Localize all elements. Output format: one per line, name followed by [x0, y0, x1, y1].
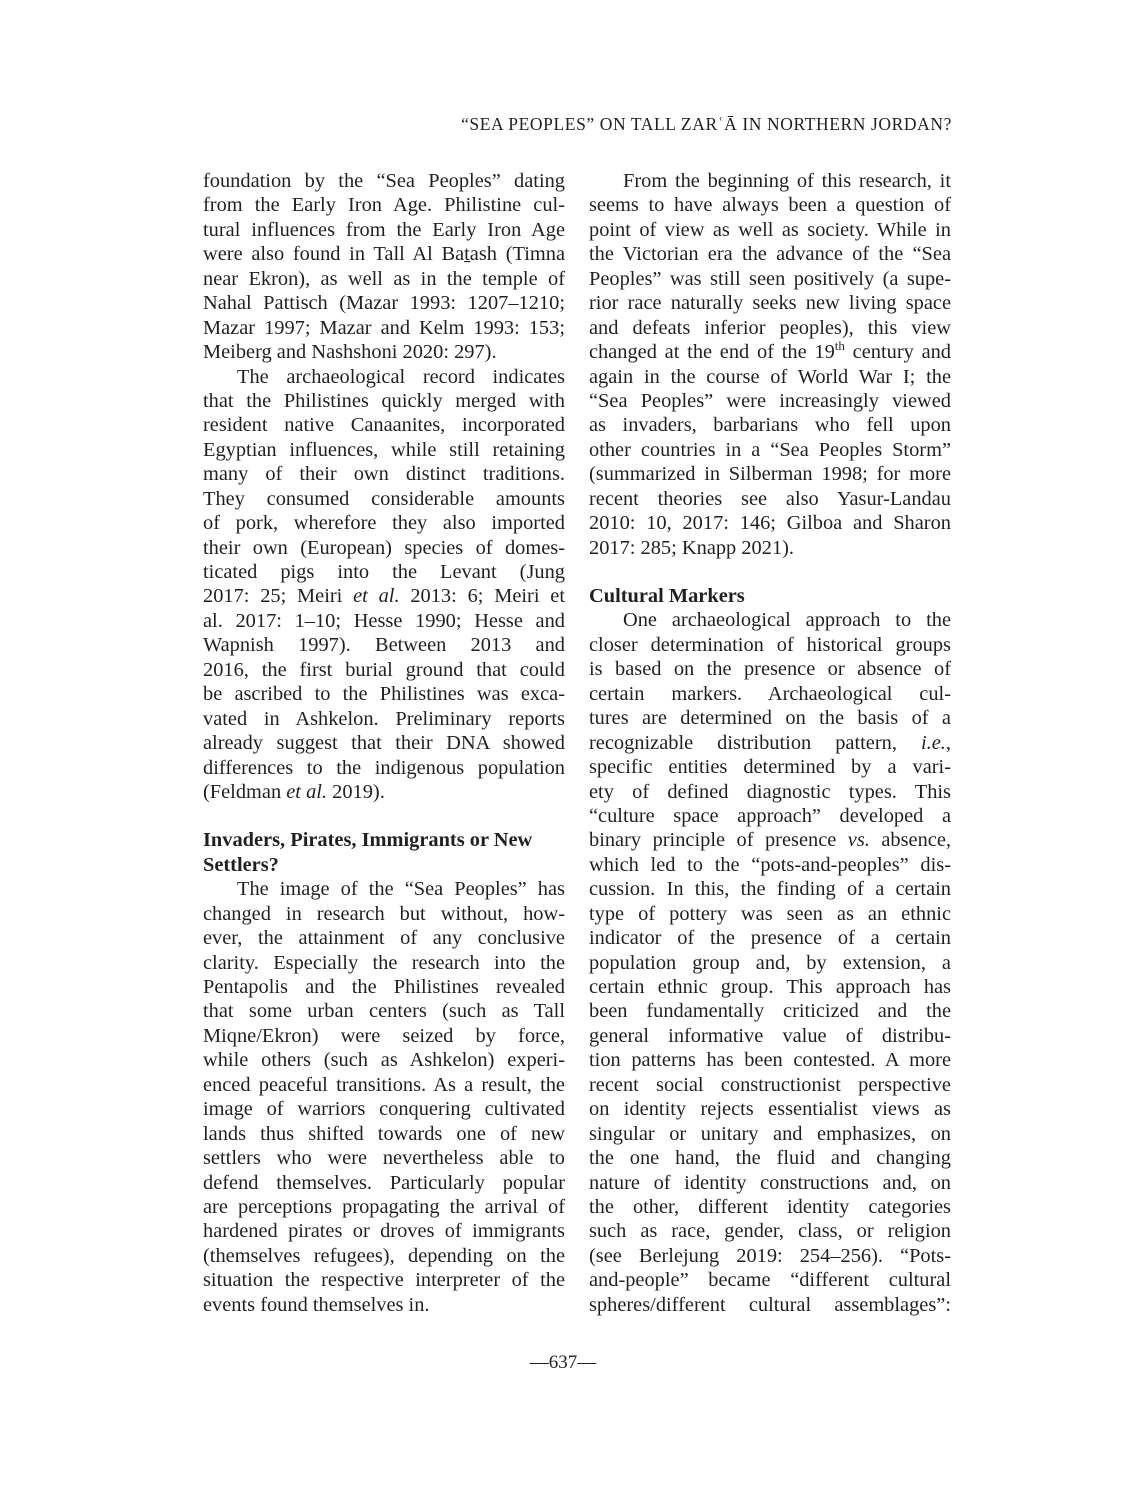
text-line: that the Philistines quickly merged with [203, 389, 565, 413]
text-span: (Feldman [203, 781, 286, 803]
text-line: hardened pirates or droves of immigrants [203, 1219, 565, 1243]
text-line: ever, the attainment of any conclusive [203, 926, 565, 950]
text-line: their own (European) species of domes- [203, 536, 565, 560]
text-line: ety of defined diagnostic types. This [589, 780, 951, 804]
text-line: on identity rejects essentialist views a… [589, 1097, 951, 1121]
italic-span: et al. [353, 585, 399, 607]
text-line: image of warriors conquering cultivated [203, 1097, 565, 1121]
text-span: , [946, 732, 951, 754]
italic-span: et al. [286, 781, 327, 803]
paragraph: From the beginning of this research, it … [589, 169, 951, 560]
section-heading: Cultural Markers [589, 584, 951, 608]
text-line: From the beginning of this research, it [589, 169, 951, 193]
text-line: “Sea Peoples” were increasingly viewed [589, 389, 951, 413]
text-span: recognizable distribution pattern, [589, 732, 921, 754]
spacer [589, 560, 951, 584]
text-line: 2010: 10, 2017: 146; Gilboa and Sharon [589, 511, 951, 535]
text-line: is based on the presence or absence of [589, 657, 951, 681]
paragraph: The archaeological record indicates that… [203, 365, 565, 805]
superscript: th [835, 338, 845, 353]
text-line: as invaders, barbarians who fell upon [589, 413, 951, 437]
paragraph: One archaeological approach to the close… [589, 608, 951, 1317]
text-span: 2017: 25; Meiri [203, 585, 353, 607]
italic-span: i.e. [921, 732, 946, 754]
heading-line: Settlers? [203, 853, 565, 877]
text-line: general informative value of distribu- [589, 1024, 951, 1048]
text-line: Pentapolis and the Philistines revealed [203, 975, 565, 999]
text-line: al. 2017: 1–10; Hesse 1990; Hesse and [203, 609, 565, 633]
section-heading: Invaders, Pirates, Immigrants or New Set… [203, 828, 565, 877]
text-line: (see Berlejung 2019: 254–256). “Pots- [589, 1244, 951, 1268]
spacer [203, 804, 565, 828]
text-line: nature of identity constructions and, on [589, 1171, 951, 1195]
text-line: population group and, by extension, a [589, 951, 951, 975]
text-line: closer determination of historical group… [589, 633, 951, 657]
text-line: binary principle of presence vs. absence… [589, 828, 951, 852]
text-line: 2016, the first burial ground that could [203, 658, 565, 682]
text-line: already suggest that their DNA showed [203, 731, 565, 755]
text-line: They consumed considerable amounts [203, 487, 565, 511]
text-line: Mazar 1997; Mazar and Kelm 1993: 153; [203, 316, 565, 340]
text-span: 2013: 6; Meiri et [400, 585, 565, 607]
page-number: —637— [0, 1352, 1126, 1374]
text-line: One archaeological approach to the [589, 608, 951, 632]
text-line: Nahal Pattisch (Mazar 1993: 1207–1210; [203, 291, 565, 315]
text-line: cussion. In this, the finding of a certa… [589, 877, 951, 901]
heading-line: Invaders, Pirates, Immigrants or New [203, 828, 565, 852]
text-line: (themselves refugees), depending on the [203, 1244, 565, 1268]
text-line: from the Early Iron Age. Philistine cul- [203, 193, 565, 217]
text-line: the other, different identity categories [589, 1195, 951, 1219]
text-line: other countries in a “Sea Peoples Storm” [589, 438, 951, 462]
text-line: which led to the “pots-and-peoples” dis- [589, 853, 951, 877]
text-line: indicator of the presence of a certain [589, 926, 951, 950]
text-line: certain ethnic group. This approach has [589, 975, 951, 999]
text-line: specific entities determined by a vari- [589, 755, 951, 779]
text-line: such as race, gender, class, or religion [589, 1219, 951, 1243]
text-line: Wapnish 1997). Between 2013 and [203, 633, 565, 657]
text-line: recent social constructionist perspectiv… [589, 1073, 951, 1097]
text-line: been fundamentally criticized and the [589, 999, 951, 1023]
text-line: clarity. Especially the research into th… [203, 951, 565, 975]
text-line: are perceptions propagating the arrival … [203, 1195, 565, 1219]
text-line: Meiberg and Nashshoni 2020: 297). [203, 340, 565, 364]
text-line: Miqne/Ekron) were seized by force, [203, 1024, 565, 1048]
text-line: again in the course of World War I; the [589, 365, 951, 389]
text-line: vated in Ashkelon. Preliminary reports [203, 707, 565, 731]
running-head: “SEA PEOPLES” ON TALL ZARʿĀ IN NORTHERN … [461, 114, 952, 135]
text-line: The archaeological record indicates [203, 365, 565, 389]
paragraph: The image of the “Sea Peoples” has chang… [203, 877, 565, 1317]
text-line: certain markers. Archaeological cul- [589, 682, 951, 706]
text-line: recent theories see also Yasur-Landau [589, 487, 951, 511]
text-line: ticated pigs into the Levant (Jung [203, 560, 565, 584]
text-line: “culture space approach” developed a [589, 804, 951, 828]
text-line: (summarized in Silberman 1998; for more [589, 462, 951, 486]
text-line: foundation by the “Sea Peoples” dating [203, 169, 565, 193]
text-line: seems to have always been a question of [589, 193, 951, 217]
text-line: resident native Canaanites, incorporated [203, 413, 565, 437]
text-line: while others (such as Ashkelon) experi- [203, 1048, 565, 1072]
text-line: point of view as well as society. While … [589, 218, 951, 242]
text-line: the one hand, the fluid and changing [589, 1146, 951, 1170]
text-line: 2017: 285; Knapp 2021). [589, 536, 951, 560]
text-line: Peoples” was still seen positively (a su… [589, 267, 951, 291]
text-line: events found themselves in. [203, 1293, 565, 1317]
text-line: lands thus shifted towards one of new [203, 1122, 565, 1146]
text-line: singular or unitary and emphasizes, on [589, 1122, 951, 1146]
text-line: differences to the indigenous population [203, 756, 565, 780]
text-line: Egyptian influences, while still retaini… [203, 438, 565, 462]
text-line: 2017: 25; Meiri et al. 2013: 6; Meiri et [203, 584, 565, 608]
text-span: changed at the end of the 19 [589, 341, 835, 363]
text-line: type of pottery was seen as an ethnic [589, 902, 951, 926]
text-line: defend themselves. Particularly popular [203, 1171, 565, 1195]
text-line: the Victorian era the advance of the “Se… [589, 242, 951, 266]
text-line: changed at the end of the 19th century a… [589, 340, 951, 364]
text-line: be ascribed to the Philistines was exca- [203, 682, 565, 706]
text-line: spheres/different cultural assemblages”: [589, 1293, 951, 1317]
text-line: tures are determined on the basis of a [589, 706, 951, 730]
paragraph: foundation by the “Sea Peoples” dating f… [203, 169, 565, 365]
text-line: were also found in Tall Al Baṯash (Timna [203, 242, 565, 266]
text-line: and defeats inferior peoples), this view [589, 316, 951, 340]
text-line: tural influences from the Early Iron Age [203, 218, 565, 242]
text-line: recognizable distribution pattern, i.e., [589, 731, 951, 755]
text-span: 2019). [327, 781, 385, 803]
text-line: (Feldman et al. 2019). [203, 780, 565, 804]
text-line: rior race naturally seeks new living spa… [589, 291, 951, 315]
text-line: changed in research but without, how- [203, 902, 565, 926]
text-span: century and [845, 341, 951, 363]
left-column: foundation by the “Sea Peoples” dating f… [203, 169, 565, 1317]
text-line: of pork, wherefore they also imported [203, 511, 565, 535]
text-line: near Ekron), as well as in the temple of [203, 267, 565, 291]
text-line: settlers who were nevertheless able to [203, 1146, 565, 1170]
italic-span: vs. [848, 829, 870, 851]
text-line: situation the respective interpreter of … [203, 1268, 565, 1292]
text-line: tion patterns has been contested. A more [589, 1048, 951, 1072]
text-line: The image of the “Sea Peoples” has [203, 877, 565, 901]
text-line: and-people” became “different cultural [589, 1268, 951, 1292]
right-column: From the beginning of this research, it … [589, 169, 951, 1317]
text-line: many of their own distinct traditions. [203, 462, 565, 486]
text-line: that some urban centers (such as Tall [203, 999, 565, 1023]
text-line: enced peaceful transitions. As a result,… [203, 1073, 565, 1097]
text-span: binary principle of presence [589, 829, 848, 851]
text-span: absence, [870, 829, 951, 851]
